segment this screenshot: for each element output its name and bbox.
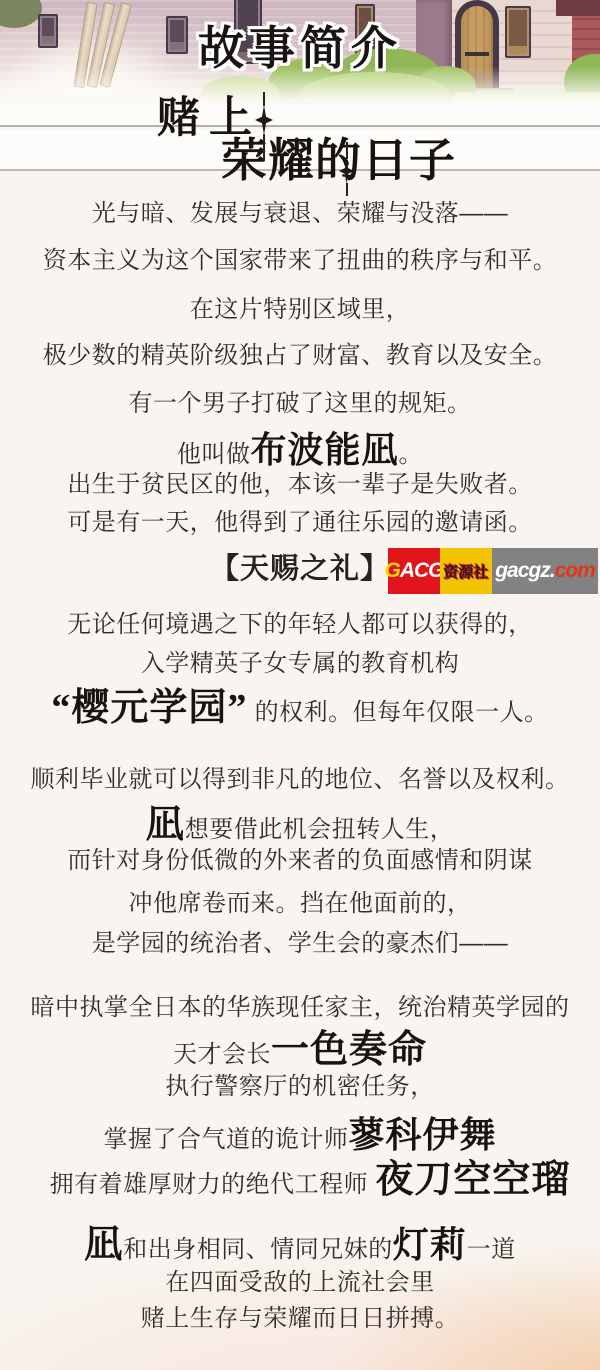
watermark-letter: G [385, 559, 400, 583]
school-name-yingyuan: “樱元学园” [51, 687, 247, 729]
watermark-gacg: GACG [388, 548, 440, 594]
character-name-nagi-full: 布波能凪 [250, 430, 398, 470]
story-line: 光与暗、发展与衰退、荣耀与没落—— [0, 199, 600, 229]
story-line-with-name: “樱元学园” 的权利。但每年仅限一人。 [0, 685, 600, 733]
story-line: 暗中执掌全日本的华族现任家主，统治精英学园的 [0, 993, 600, 1023]
character-name-yatō-kukuru: 夜刀空空瑠 [375, 1159, 570, 1201]
character-name-tateshina-imai: 蓼科伊舞 [348, 1115, 496, 1155]
story-text: 他叫做 [177, 441, 251, 468]
story-text: 想要借此机会扭转人生， [185, 816, 455, 843]
story-line-with-name: 掌握了合气道的诡计师蓼科伊舞 [0, 1113, 600, 1158]
story-line: 无论任何境遇之下的年轻人都可以获得的， [0, 610, 600, 640]
story-line-with-name: 天才会长一色奏命 [0, 1027, 600, 1075]
sparkle-stem [346, 142, 348, 159]
story-line: 而针对身份低微的外来者的负面感情和阴谋 [0, 846, 600, 876]
sparkle-stem [346, 183, 348, 196]
watermark-domain: gacgz.com [492, 548, 598, 594]
character-name-touri: 灯莉 [393, 1225, 467, 1265]
story-line: 入学精英子女专属的教育机构 [0, 649, 600, 679]
character-name-isshiki-kanami: 一色奏命 [271, 1029, 427, 1071]
story-line: 在四面受敌的上流社会里 [0, 1268, 600, 1298]
watermark-logo: GACG 资源社 gacgz.com [388, 548, 598, 594]
story-line: 是学园的统治者、学生会的豪杰们—— [0, 929, 600, 959]
story-text: 。 [399, 441, 424, 468]
story-line-with-name: 凪和出身相同、情同兄妹的灯莉一道 [0, 1222, 600, 1270]
watermark-domain-tld: com [555, 559, 595, 583]
story-line: 执行警察厅的机密任务， [0, 1072, 600, 1102]
story-text: 掌握了合气道的诡计师 [103, 1126, 348, 1153]
story-intro-page: 故事简介 赌上 荣耀的日子 光与暗、发展与衰退、荣耀与没落—— 资本主义为这个国… [0, 0, 600, 1370]
character-name-nagi: 凪 [84, 1224, 123, 1266]
sparkle-stem [263, 92, 265, 106]
story-line: 资本主义为这个国家带来了扭曲的秩序与和平。 [0, 246, 600, 276]
character-name-nagi: 凪 [146, 804, 185, 846]
story-line: 在这片特别区域里， [0, 295, 600, 325]
watermark-letters: ACG [400, 559, 444, 583]
story-line-with-name: 凪想要借此机会扭转人生， [0, 802, 600, 850]
story-text: 天才会长 [173, 1041, 271, 1068]
story-line: 可是有一天，他得到了通往乐园的邀请函。 [0, 508, 600, 538]
banner-subtitle-line2: 荣耀的日子 [221, 124, 456, 190]
story-line: 赌上生存与荣耀而日日拼搏。 [0, 1304, 600, 1334]
story-text: 一道 [467, 1236, 516, 1263]
watermark-domain-name: gacgz. [495, 559, 554, 583]
watermark-ziyuanshe: 资源社 [440, 548, 492, 594]
story-line-with-name: 他叫做布波能凪。 [0, 428, 600, 473]
story-text: 和出身相同、情同兄妹的 [123, 1236, 393, 1263]
story-line: 出生于贫民区的他，本该一辈子是失败者。 [0, 470, 600, 500]
page-title: 故事简介 [0, 12, 600, 78]
story-line: 极少数的精英阶级独占了财富、教育以及安全。 [0, 341, 600, 371]
sparkle-stem [263, 134, 265, 160]
story-line: 冲他席卷而来。挡在他面前的， [0, 889, 600, 919]
story-line: 顺利毕业就可以得到非凡的地位、名誉以及权利。 [0, 765, 600, 795]
story-text: 的权利。但每年仅限一人。 [247, 699, 548, 726]
story-line-with-name: 拥有着雄厚财力的绝代工程师 夜刀空空瑠 [10, 1157, 600, 1205]
story-text: 拥有着雄厚财力的绝代工程师 [50, 1171, 376, 1198]
story-line: 有一个男子打破了这里的规矩。 [0, 389, 600, 419]
